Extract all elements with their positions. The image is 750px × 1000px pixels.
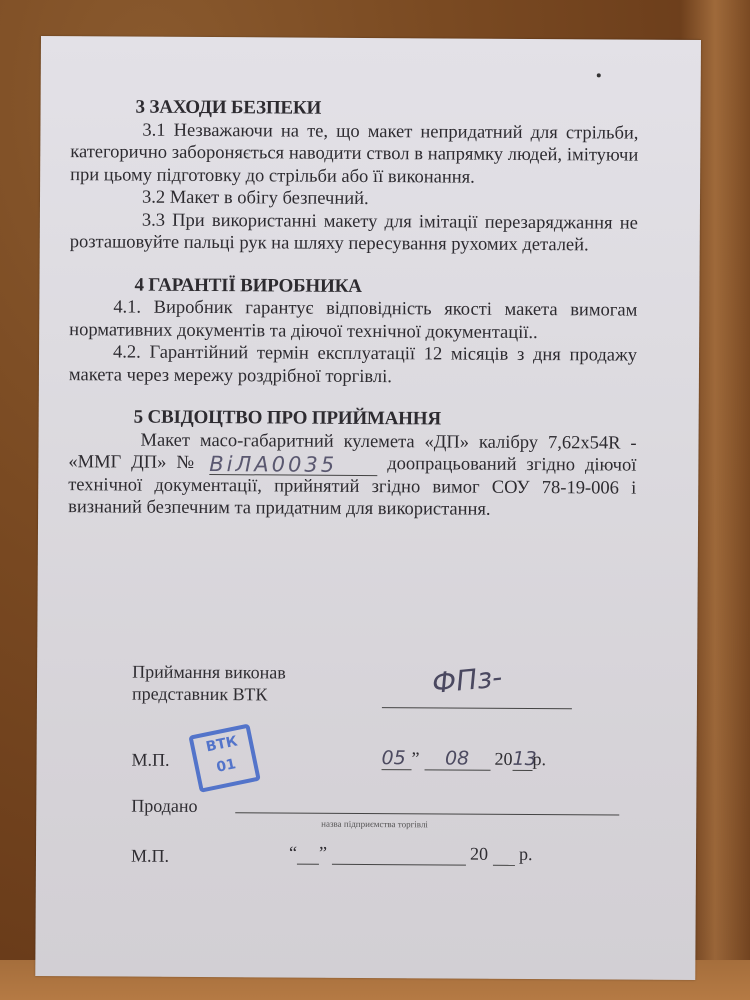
- otk-stamp: ВТК 01: [188, 723, 260, 792]
- date-year-suffix: 13: [513, 748, 533, 771]
- section-4-heading: 4 ГАРАНТІЇ ВИРОБНИКА: [134, 274, 637, 300]
- date-day: 05: [382, 747, 412, 770]
- inspector-signature: ФПз-: [431, 660, 504, 700]
- paragraph-3-2: 3.2 Макет в обігу безпечний.: [70, 186, 638, 212]
- paragraph-5-certificate: Макет масо-габаритний кулемета «ДП» калі…: [68, 429, 637, 522]
- paragraph-4-2: 4.2. Гарантійний термін експлуатації 12 …: [69, 341, 637, 389]
- date-year-prefix: 20: [495, 749, 513, 769]
- section-3-heading: 3 ЗАХОДИ БЕЗПЕКИ: [135, 97, 638, 123]
- document-sheet: 3 ЗАХОДИ БЕЗПЕКИ 3.1 Незважаючи на те, щ…: [35, 36, 701, 980]
- signature-line: [382, 707, 572, 709]
- paragraph-4-1: 4.1. Виробник гарантує відповідність яко…: [69, 296, 637, 344]
- sale-date-month: [331, 843, 465, 866]
- serial-number-handwritten: ВіЛА0035: [209, 454, 377, 476]
- sale-mp-label: М.П.: [131, 846, 169, 867]
- sold-label: Продано: [131, 796, 197, 817]
- paragraph-3-3: 3.3 При використанні макету для імітації…: [70, 209, 638, 257]
- sold-caption: назва підприємства торгівлі: [321, 819, 428, 830]
- paragraph-3-1: 3.1 Незважаючи на те, що макет непридатн…: [70, 119, 638, 190]
- acceptance-label-line-2: представник ВТК: [132, 684, 268, 706]
- acceptance-block: Приймання виконав представник ВТК ФПз- М…: [132, 662, 632, 665]
- acceptance-mp-label: М.П.: [132, 750, 170, 771]
- sale-date-day: [297, 843, 319, 865]
- paper-speck: [597, 73, 601, 77]
- sale-date-year: [492, 844, 514, 866]
- date-suffix: р.: [533, 749, 547, 769]
- date-month: 08: [424, 747, 490, 770]
- sold-line: [235, 812, 619, 815]
- document-body: 3 ЗАХОДИ БЕЗПЕКИ 3.1 Незважаючи на те, щ…: [68, 96, 639, 522]
- sale-date: “ ” 20 р.: [289, 843, 533, 866]
- acceptance-date: 05” 08 2013р.: [382, 747, 547, 771]
- section-5-heading: 5 СВІДОЦТВО ПРО ПРИЙМАННЯ: [134, 407, 637, 433]
- acceptance-label-line-1: Приймання виконав: [132, 662, 286, 684]
